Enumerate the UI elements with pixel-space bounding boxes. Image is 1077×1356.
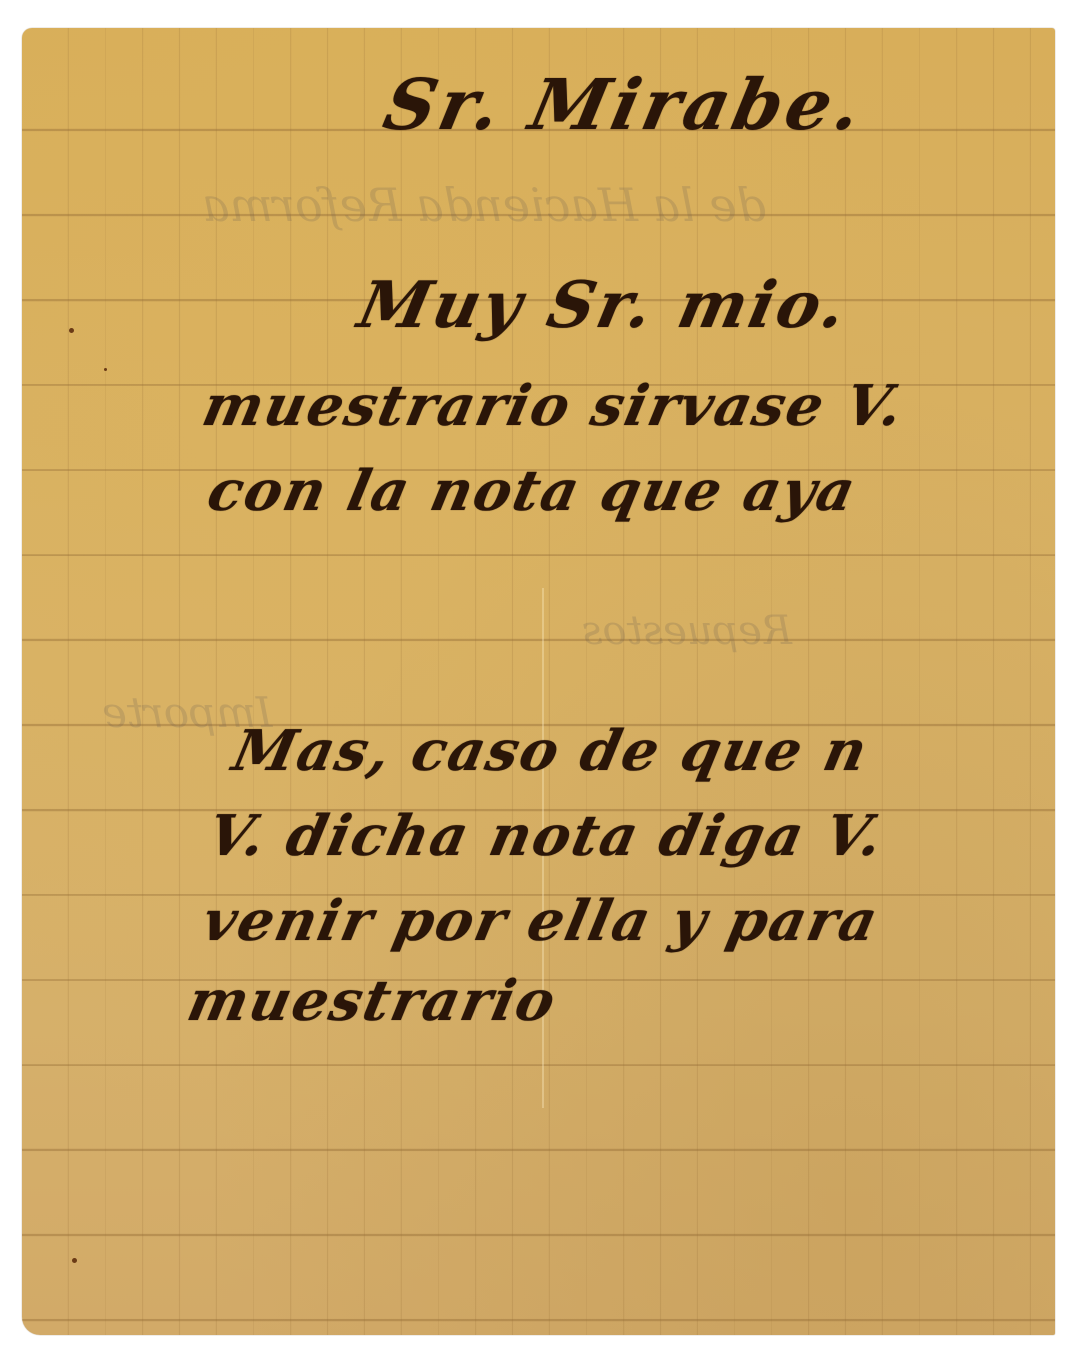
letter-paper: de la Hacienda Reforma Repuestos Importe…	[22, 28, 1055, 1335]
bleed-through-text: Repuestos	[582, 608, 792, 654]
ink-spot	[72, 1258, 77, 1263]
ink-spot	[104, 368, 107, 371]
letter-line: venir por ella y para	[197, 888, 885, 954]
ink-spot	[69, 328, 74, 333]
letter-line: V. dicha nota diga V.	[202, 803, 890, 869]
letter-line: muestrario sirvase V.	[197, 373, 910, 439]
letter-line: muestrario	[182, 968, 563, 1034]
letter-salutation: Muy Sr. mio.	[352, 268, 855, 343]
bleed-through-text: de la Hacienda Reforma	[202, 178, 766, 232]
letter-heading: Sr. Mirabe.	[377, 63, 873, 146]
letter-line: Mas, caso de que n	[227, 718, 875, 784]
letter-line: con la nota que aya	[202, 458, 863, 524]
